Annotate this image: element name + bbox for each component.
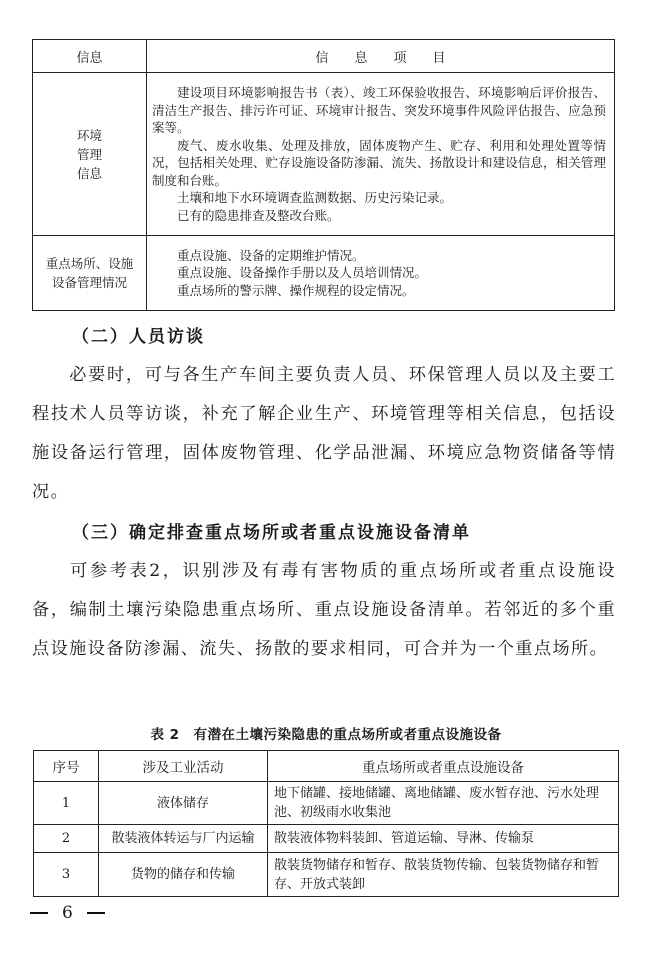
category-line: 管理	[33, 145, 146, 164]
row-category-facility: 重点场所、设施 设备管理情况	[33, 236, 147, 311]
header-activity: 涉及工业活动	[99, 751, 268, 782]
item-paragraph: 重点设施、设备的定期维护情况。	[152, 247, 606, 265]
cell-activity: 货物的储存和传输	[99, 853, 268, 897]
item-paragraph: 重点场所的警示牌、操作规程的设定情况。	[152, 282, 606, 300]
table-row: 重点场所、设施 设备管理情况 重点设施、设备的定期维护情况。 重点设施、设备操作…	[33, 236, 615, 311]
key-facilities-table: 序号 涉及工业活动 重点场所或者重点设施设备 1 液体储存 地下储罐、接地储罐、…	[33, 750, 619, 897]
cell-activity: 液体储存	[99, 782, 268, 825]
dash-left	[30, 912, 48, 914]
category-line: 信息	[33, 164, 146, 183]
table-row: 2 散装液体转运与厂内运输 散装液体物料装卸、管道运输、导淋、传输泵	[34, 825, 619, 853]
body-text: 可参考表2，识别涉及有毒有害物质的重点场所或者重点设施设备，编制土壤污染隐患重点…	[32, 561, 616, 659]
section-body-interview: 必要时，可与各生产车间主要负责人员、环保管理人员以及主要工程技术人员等访谈，补充…	[32, 356, 616, 512]
cell-no: 1	[34, 782, 99, 825]
item-paragraph: 已有的隐患排查及整改台账。	[152, 207, 606, 225]
section-heading-interview: （二）人员访谈	[72, 322, 205, 347]
item-paragraph: 重点设施、设备操作手册以及人员培训情况。	[152, 264, 606, 282]
cell-activity: 散装液体转运与厂内运输	[99, 825, 268, 853]
category-line: 设备管理情况	[33, 273, 146, 292]
section-body-checklist: 可参考表2，识别涉及有毒有害物质的重点场所或者重点设施设备，编制土壤污染隐患重点…	[32, 552, 616, 669]
body-text: 必要时，可与各生产车间主要负责人员、环保管理人员以及主要工程技术人员等访谈，补充…	[32, 365, 616, 502]
header-info-items: 信息项目	[147, 40, 615, 73]
page-number: 6	[30, 903, 105, 923]
cell-facilities: 散装液体物料装卸、管道运输、导淋、传输泵	[268, 825, 619, 853]
info-table: 信息 信息项目 环境 管理 信息 建设项目环境影响报告书（表）、竣工环保验收报告…	[32, 39, 615, 311]
dash-right	[87, 912, 105, 914]
cell-no: 3	[34, 853, 99, 897]
category-line: 重点场所、设施	[33, 254, 146, 273]
cell-facilities: 地下储罐、接地储罐、离地储罐、废水暂存池、污水处理池、初级雨水收集池	[268, 782, 619, 825]
info-table-header: 信息 信息项目	[33, 40, 615, 73]
category-line: 环境	[33, 126, 146, 145]
table-caption: 表 2 有潜在土壤污染隐患的重点场所或者重点设施设备	[32, 723, 620, 743]
row-items-env: 建设项目环境影响报告书（表）、竣工环保验收报告、环境影响后评价报告、清洁生产报告…	[147, 73, 615, 236]
table-row: 1 液体储存 地下储罐、接地储罐、离地储罐、废水暂存池、污水处理池、初级雨水收集…	[34, 782, 619, 825]
header-info: 信息	[33, 40, 147, 73]
header-no: 序号	[34, 751, 99, 782]
item-paragraph: 废气、废水收集、处理及排放，固体废物产生、贮存、利用和处理处置等情况，包括相关处…	[152, 137, 606, 190]
table-row: 3 货物的储存和传输 散装货物储存和暂存、散装货物传输、包装货物储存和暂存、开放…	[34, 853, 619, 897]
row-items-facility: 重点设施、设备的定期维护情况。 重点设施、设备操作手册以及人员培训情况。 重点场…	[147, 236, 615, 311]
row-category-env: 环境 管理 信息	[33, 73, 147, 236]
section-heading-checklist: （三）确定排查重点场所或者重点设施设备清单	[72, 518, 471, 543]
header-facilities: 重点场所或者重点设施设备	[268, 751, 619, 782]
cell-facilities: 散装货物储存和暂存、散装货物传输、包装货物储存和暂存、开放式装卸	[268, 853, 619, 897]
item-paragraph: 建设项目环境影响报告书（表）、竣工环保验收报告、环境影响后评价报告、清洁生产报告…	[152, 84, 606, 137]
cell-no: 2	[34, 825, 99, 853]
table-header-row: 序号 涉及工业活动 重点场所或者重点设施设备	[34, 751, 619, 782]
table-row: 环境 管理 信息 建设项目环境影响报告书（表）、竣工环保验收报告、环境影响后评价…	[33, 73, 615, 236]
item-paragraph: 土壤和地下水环境调查监测数据、历史污染记录。	[152, 189, 606, 207]
page-number-value: 6	[62, 903, 73, 923]
